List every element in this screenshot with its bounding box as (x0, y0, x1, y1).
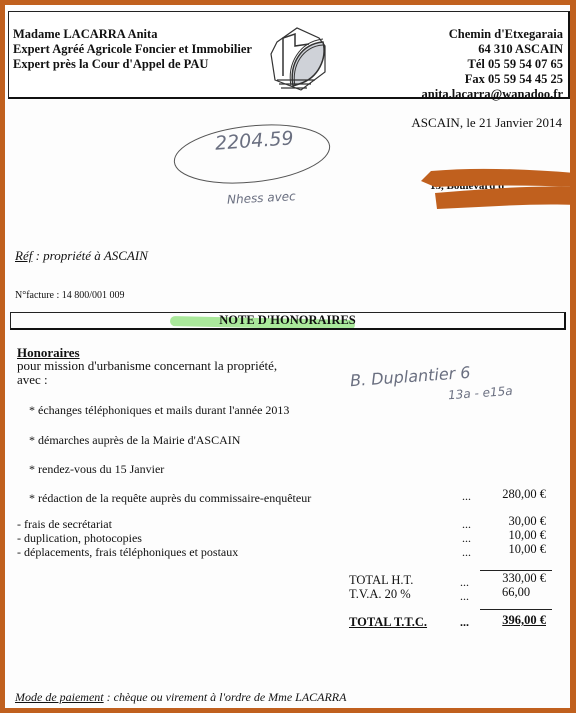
sender-fax: Fax 05 59 54 45 25 (422, 72, 563, 87)
leader-dots: ... (462, 489, 471, 504)
sender-phone: Tél 05 59 54 07 65 (422, 57, 563, 72)
fee-item: - frais de secrétariat (17, 517, 112, 531)
total-ttc-label: TOTAL T.T.C. (349, 615, 427, 630)
document-title: NOTE D'HONORAIRES (10, 312, 566, 330)
fee-amount: 30,00 € (509, 514, 547, 529)
sender-name: Madame LACARRA Anita (13, 27, 252, 42)
invoice-page: Madame LACARRA Anita Expert Agréé Agrico… (5, 5, 570, 708)
sender-city: 64 310 ASCAIN (422, 42, 563, 57)
tva-amount: 66,00 (502, 585, 530, 600)
service-item: * rendez-vous du 15 Janvier (29, 462, 164, 477)
leader-dots: ... (462, 531, 471, 546)
payment-label: Mode de paiement (15, 690, 104, 704)
total-ht-amount: 330,00 € (502, 571, 546, 586)
service-item: * échanges téléphoniques et mails durant… (29, 403, 289, 418)
sender-identity: Madame LACARRA Anita Expert Agréé Agrico… (13, 27, 252, 72)
leader-dots: ... (460, 575, 469, 590)
fee-item: - déplacements, frais téléphoniques et p… (17, 545, 238, 559)
intro-line: avec : (17, 373, 277, 387)
sender-title: Expert Agréé Agricole Foncier et Immobil… (13, 42, 252, 57)
letterhead-box: Madame LACARRA Anita Expert Agréé Agrico… (8, 11, 570, 99)
sender-contact: Chemin d'Etxegaraia 64 310 ASCAIN Tél 05… (422, 27, 563, 102)
sender-court: Expert près la Cour d'Appel de PAU (13, 57, 252, 72)
honoraires-intro: pour mission d'urbanisme concernant la p… (17, 359, 277, 387)
fee-amount: 10,00 € (509, 528, 547, 543)
sender-street: Chemin d'Etxegaraia (422, 27, 563, 42)
leader-dots: ... (462, 517, 471, 532)
total-rule (480, 609, 552, 610)
date-line: ASCAIN, le 21 Janvier 2014 (411, 115, 562, 131)
fee-amount: 10,00 € (509, 542, 547, 557)
invoice-number: N°facture : 14 800/001 009 (15, 290, 125, 301)
leader-dots: ... (462, 545, 471, 560)
leader-dots: ... (460, 589, 469, 604)
reference-line: Réf : propriété à ASCAIN (15, 248, 148, 264)
sender-email: anita.lacarra@wanadoo.fr (422, 87, 563, 102)
service-item: * démarches auprès de la Mairie d'ASCAIN (29, 433, 240, 448)
intro-line: pour mission d'urbanisme concernant la p… (17, 359, 277, 373)
total-ttc-amount: 396,00 € (502, 613, 546, 628)
tva-label: T.V.A. 20 % (349, 587, 411, 602)
service-amount: 280,00 € (502, 487, 546, 502)
total-ht-label: TOTAL H.T. (349, 573, 413, 588)
title-text: NOTE D'HONORAIRES (219, 313, 355, 327)
handwritten-side-note-2: 13a - e15a (448, 384, 513, 402)
fee-item: - duplication, photocopies (17, 531, 142, 545)
payment-line: Mode de paiement : chèque ou virement à … (15, 690, 346, 705)
service-item: * rédaction de la requête auprès du comm… (29, 491, 311, 506)
redaction-marks (415, 163, 575, 219)
leader-dots: ... (460, 615, 469, 630)
house-leaf-logo-icon (267, 24, 331, 94)
handwritten-side-note: B. Duplantier 6 (349, 363, 471, 390)
payment-text: : chèque ou virement à l'ordre de Mme LA… (104, 690, 347, 704)
reference-label: Réf (15, 248, 32, 263)
reference-text: : propriété à ASCAIN (32, 248, 148, 263)
handwritten-note: Nhess avec (227, 189, 296, 207)
